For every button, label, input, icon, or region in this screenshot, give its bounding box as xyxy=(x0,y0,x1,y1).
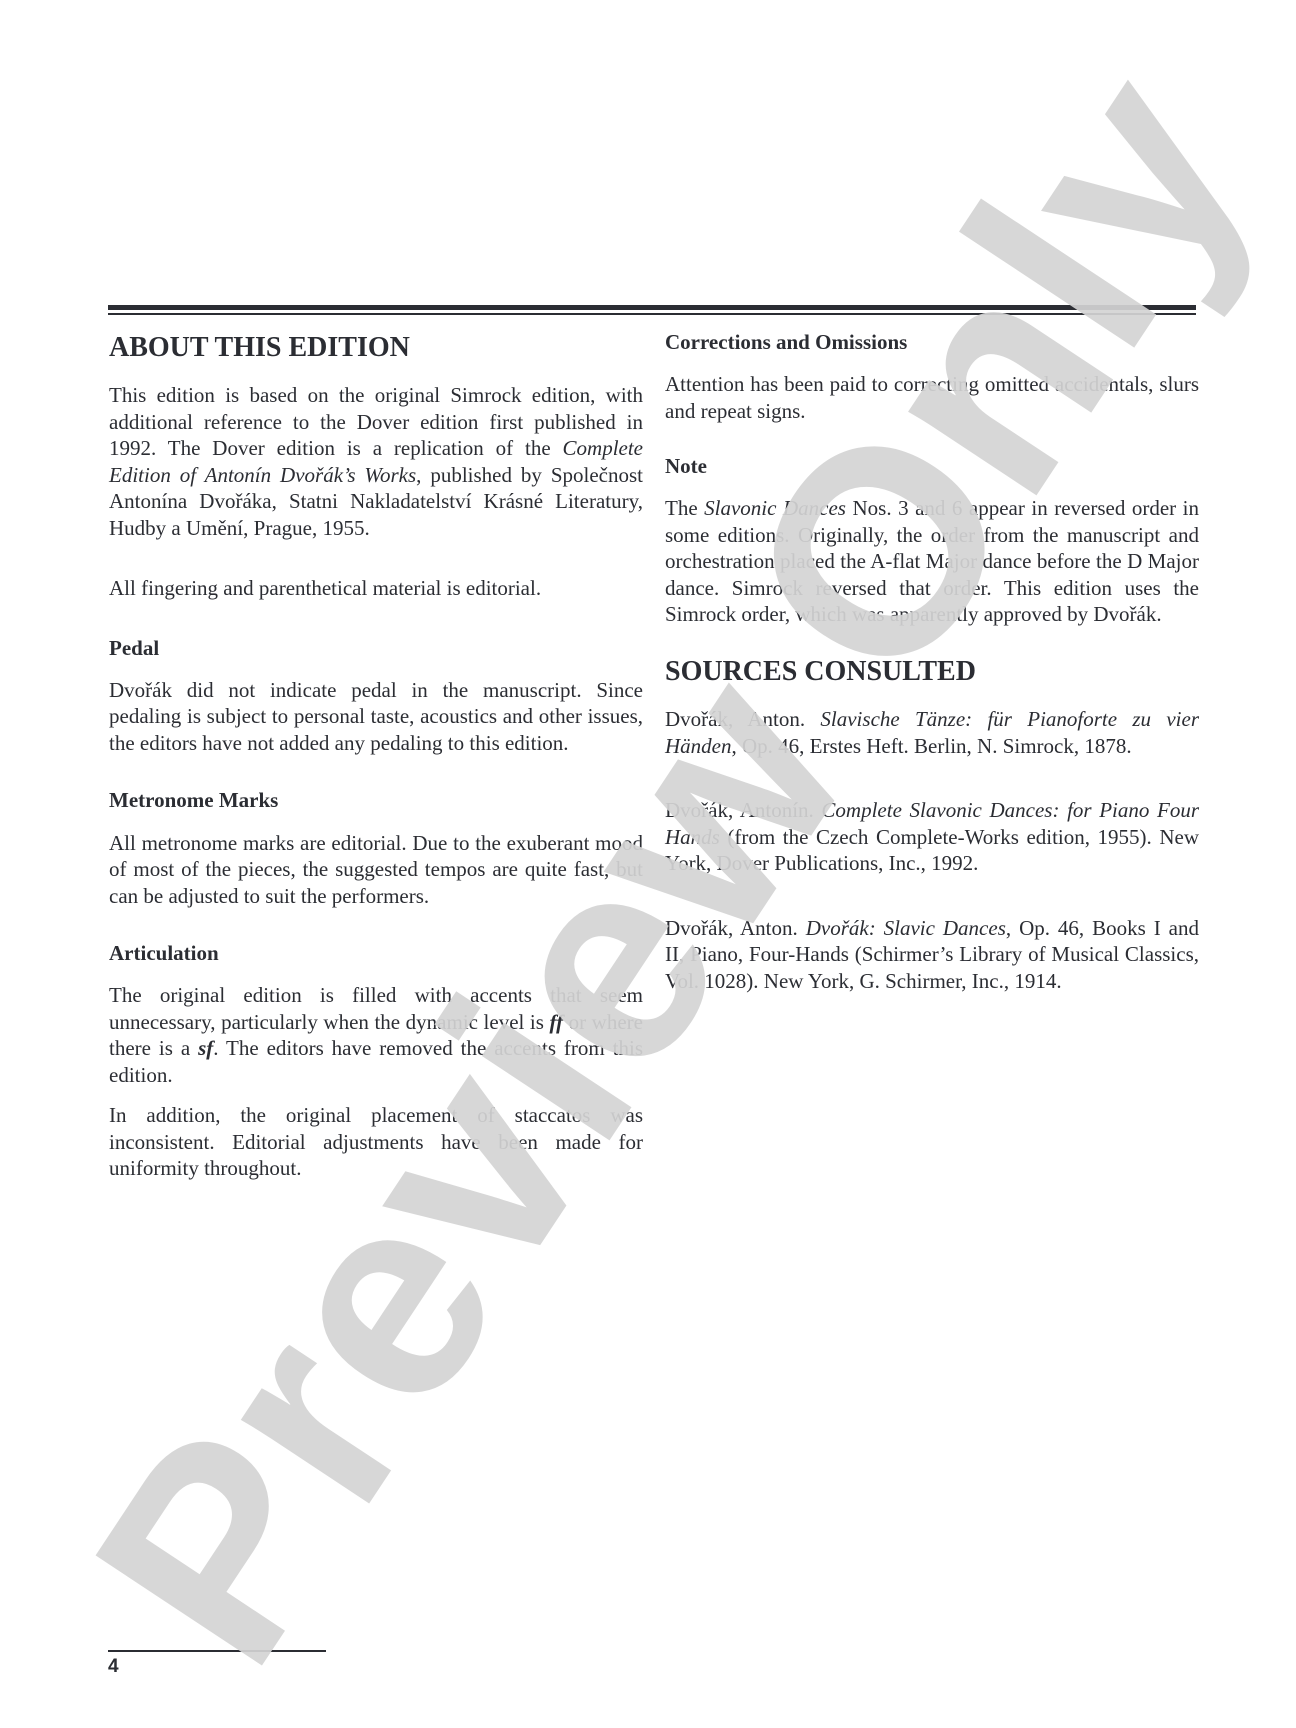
header-rule-thin xyxy=(108,313,1196,315)
source-entry: Dvořák, Anton. Dvořák: Slavic Dances, Op… xyxy=(665,915,1199,995)
source-title: Dvořák: Slavic Dances xyxy=(806,916,1006,940)
corrections-heading: Corrections and Omissions xyxy=(665,330,1199,355)
source-author: Dvořák, Anton. xyxy=(665,916,806,940)
left-column: ABOUT THIS EDITION This edition is based… xyxy=(109,320,643,1182)
source-author: Dvořák, Antonín. xyxy=(665,798,821,822)
about-edition-heading: ABOUT THIS EDITION xyxy=(109,332,643,364)
sources-heading: SOURCES CONSULTED xyxy=(665,656,1199,688)
note-heading: Note xyxy=(665,454,1199,479)
source-author: Dvořák, Anton. xyxy=(665,707,820,731)
page-number: 4 xyxy=(108,1656,119,1678)
source-entry: Dvořák, Antonín. Complete Slavonic Dance… xyxy=(665,797,1199,877)
pedal-heading: Pedal xyxy=(109,636,643,661)
source-entry: Dvořák, Anton. Slavische Tänze: für Pian… xyxy=(665,706,1199,759)
articulation-paragraph-2: In addition, the original placement of s… xyxy=(109,1102,643,1182)
fingering-paragraph: All fingering and parenthetical material… xyxy=(109,575,643,602)
metronome-heading: Metronome Marks xyxy=(109,788,643,813)
footer-rule xyxy=(108,1650,326,1652)
corrections-paragraph: Attention has been paid to correcting om… xyxy=(665,371,1199,424)
source-publication: , Op. 46, Erstes Heft. Berlin, N. Simroc… xyxy=(732,734,1132,758)
note-paragraph: The Slavonic Dances Nos. 3 and 6 appear … xyxy=(665,495,1199,628)
pedal-paragraph: Dvořák did not indicate pedal in the man… xyxy=(109,677,643,757)
sf-dynamic-mark: sf xyxy=(198,1036,213,1060)
document-page: ABOUT THIS EDITION This edition is based… xyxy=(0,0,1296,1728)
articulation-paragraph-1: The original edition is filled with acce… xyxy=(109,982,643,1088)
right-column: Corrections and Omissions Attention has … xyxy=(665,320,1199,994)
ff-dynamic-mark: ff xyxy=(549,1010,563,1034)
note-text-1: The xyxy=(665,496,704,520)
header-rule-thick xyxy=(108,305,1196,310)
note-italic-title: Slavonic Dances xyxy=(704,496,846,520)
intro-paragraph: This edition is based on the original Si… xyxy=(109,382,643,541)
metronome-paragraph: All metronome marks are editorial. Due t… xyxy=(109,830,643,910)
articulation-heading: Articulation xyxy=(109,941,643,966)
source-publication: (from the Czech Complete-Works edition, … xyxy=(665,825,1199,876)
